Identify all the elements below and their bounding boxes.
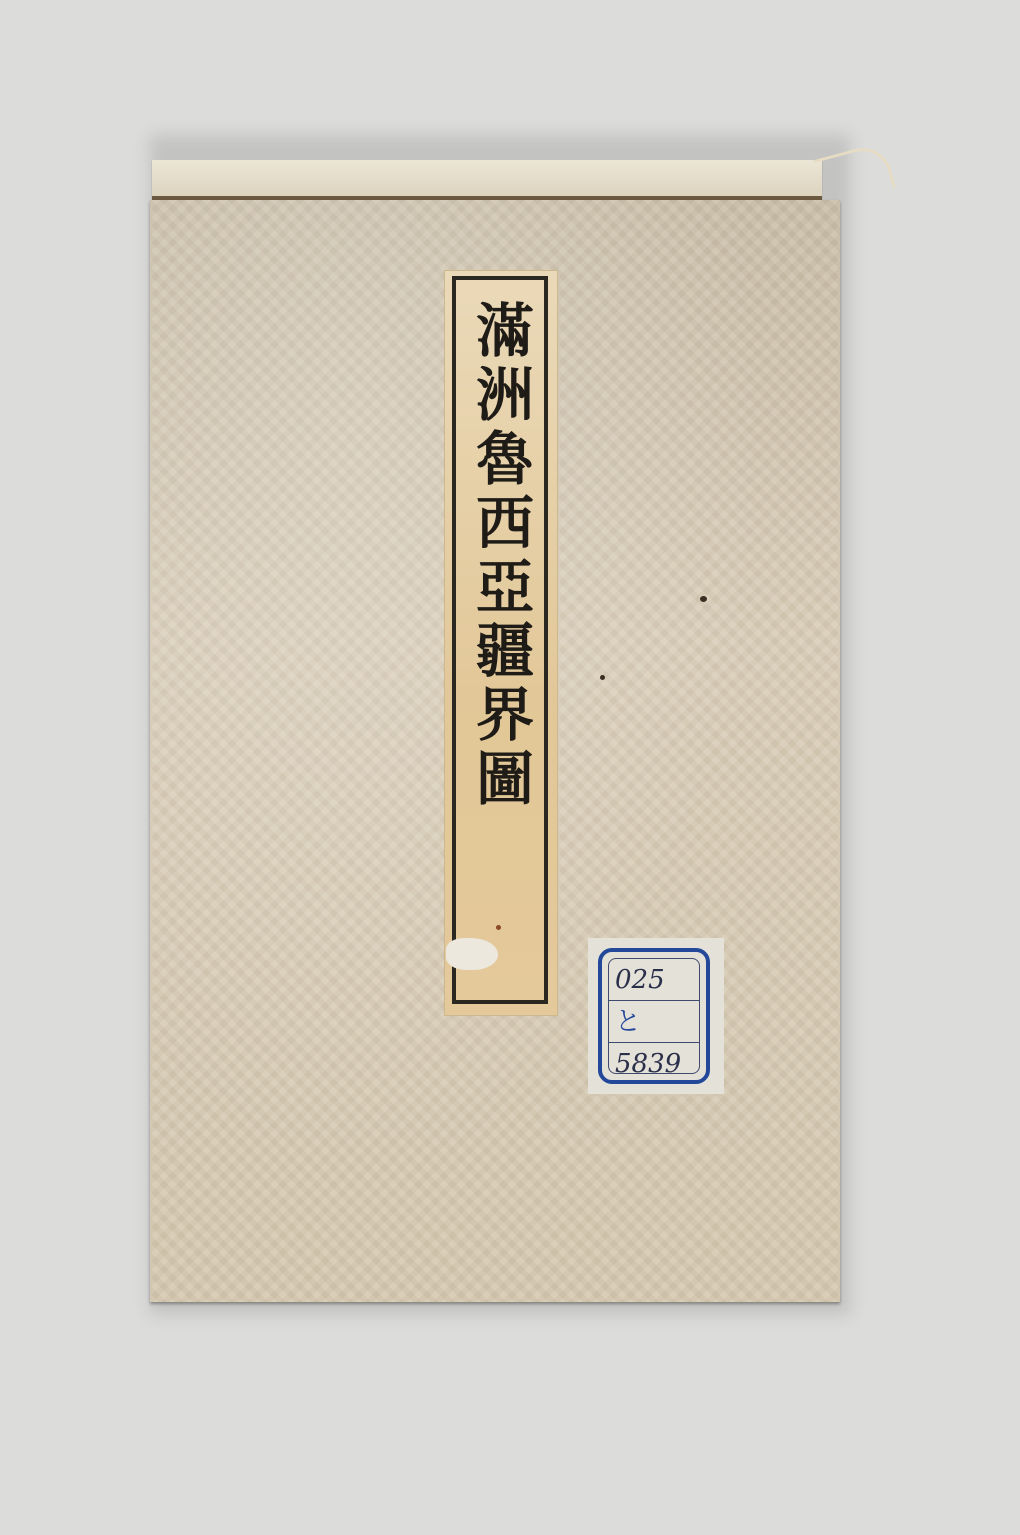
call-number-frame: 025 と5839 xyxy=(598,948,710,1084)
call-number-line2: と5839 xyxy=(609,1001,699,1043)
call-number-line1: 025 xyxy=(609,959,699,1001)
book-spine xyxy=(152,160,822,200)
stain-spot xyxy=(496,925,501,930)
stain-spot xyxy=(700,596,707,602)
call-number-value: 5839 xyxy=(615,1049,681,1079)
kana-mark: と xyxy=(615,1007,641,1037)
paper-tear xyxy=(446,938,498,970)
stain-spot xyxy=(600,675,605,680)
book-title: 滿洲魯西亞疆界圖 xyxy=(458,300,542,812)
